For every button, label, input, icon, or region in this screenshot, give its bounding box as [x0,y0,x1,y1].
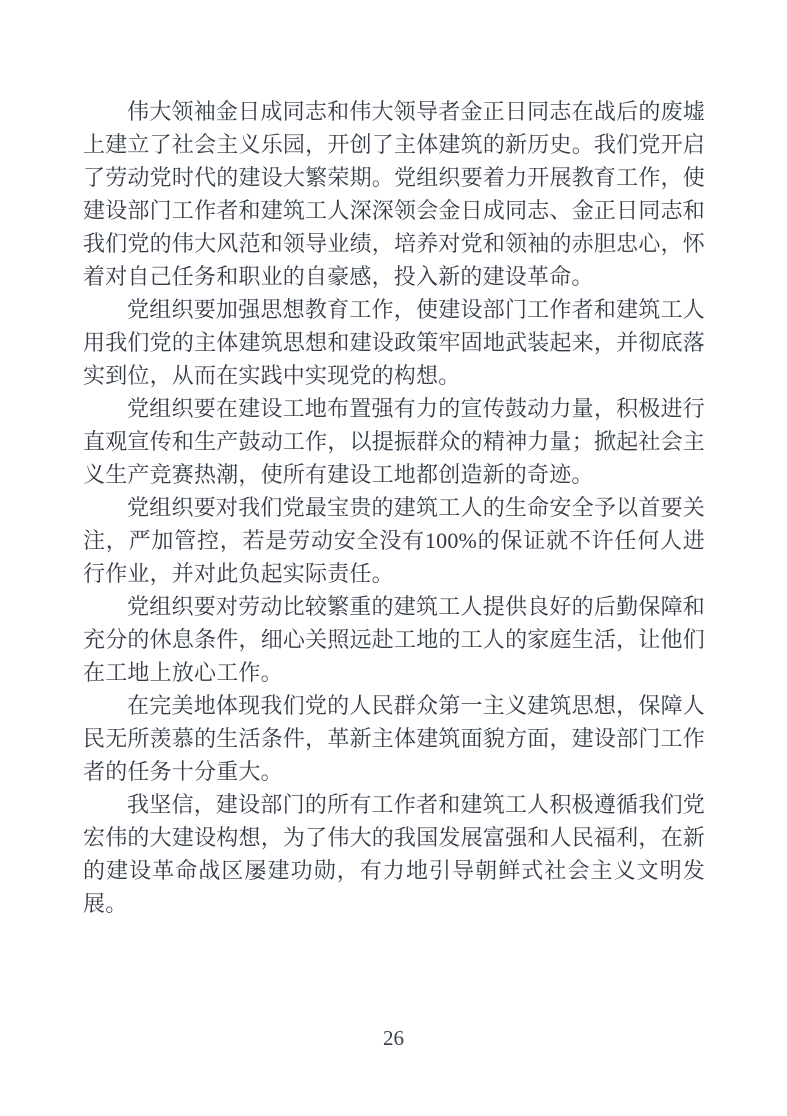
document-body: 伟大领袖金日成同志和伟大领导者金正日同志在战后的废墟上建立了社会主义乐园，开创了… [83,95,705,920]
page-number: 26 [383,1026,404,1050]
page-footer: 26 [0,1026,787,1051]
paragraph: 党组织要在建设工地布置强有力的宣传鼓动力量，积极进行直观宣传和生产鼓动工作，以提… [83,392,705,491]
paragraph: 伟大领袖金日成同志和伟大领导者金正日同志在战后的废墟上建立了社会主义乐园，开创了… [83,95,705,293]
paragraph: 党组织要对我们党最宝贵的建筑工人的生命安全予以首要关注，严加管控，若是劳动安全没… [83,491,705,590]
paragraph: 我坚信，建设部门的所有工作者和建筑工人积极遵循我们党宏伟的大建设构想，为了伟大的… [83,788,705,920]
paragraph: 在完美地体现我们党的人民群众第一主义建筑思想，保障人民无所羡慕的生活条件，革新主… [83,689,705,788]
paragraph: 党组织要对劳动比较繁重的建筑工人提供良好的后勤保障和充分的休息条件，细心关照远赴… [83,590,705,689]
paragraph: 党组织要加强思想教育工作，使建设部门工作者和建筑工人用我们党的主体建筑思想和建设… [83,293,705,392]
document-page: 伟大领袖金日成同志和伟大领导者金正日同志在战后的废墟上建立了社会主义乐园，开创了… [0,0,787,1116]
